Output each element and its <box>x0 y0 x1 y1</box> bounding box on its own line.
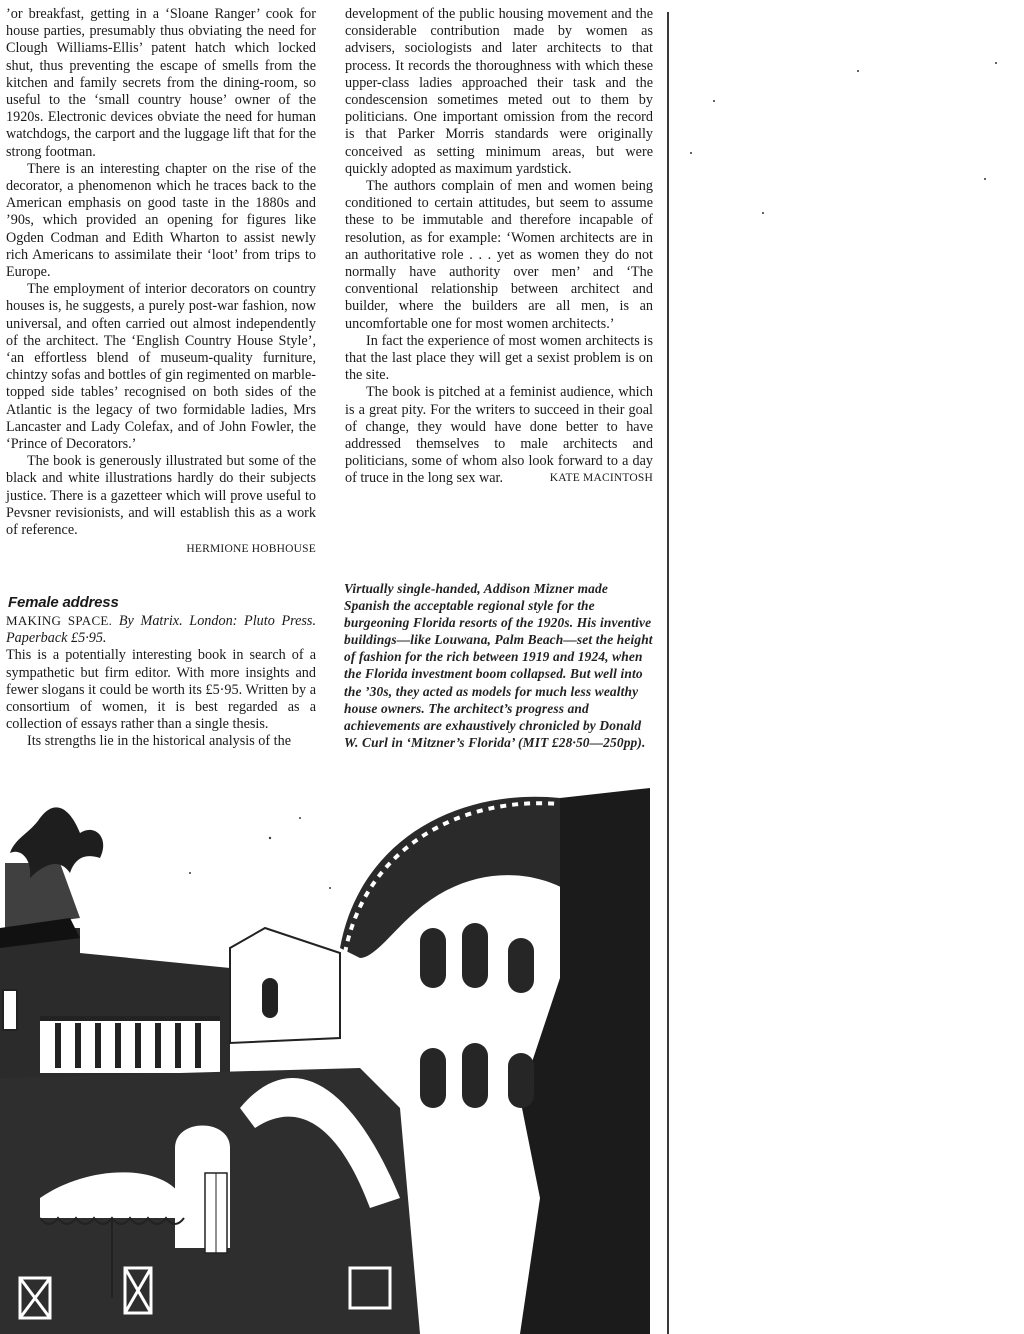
column-divider <box>667 12 669 1334</box>
review-paragraph: The book is pitched at a feminist audien… <box>345 384 653 487</box>
scan-speck <box>984 178 986 180</box>
photo-caption: Virtually single-handed, Addison Mizner … <box>344 580 656 751</box>
review-paragraph: Its strengths lie in the historical anal… <box>6 733 316 750</box>
review-paragraph: In fact the experience of most women arc… <box>345 333 653 385</box>
review-paragraph: The authors complain of men and women be… <box>345 178 653 333</box>
review-paragraph: The employment of interior decorators on… <box>6 281 316 453</box>
review-paragraph: This is a potentially interesting book i… <box>6 647 316 733</box>
book-title: MAKING SPACE. <box>6 613 112 628</box>
book-citation: MAKING SPACE. By Matrix. London: Pluto P… <box>6 612 316 647</box>
review-paragraph: ’or breakfast, getting in a ‘Sloane Rang… <box>6 6 316 161</box>
villa-photograph <box>0 778 650 1334</box>
scan-speck <box>762 212 764 214</box>
review-paragraph: There is an interesting chapter on the r… <box>6 161 316 281</box>
scan-speck <box>995 62 997 64</box>
review-macintosh-column: development of the public housing moveme… <box>345 6 653 488</box>
review-paragraph: The book is generously illustrated but s… <box>6 453 316 539</box>
byline-hermione-hobhouse: HERMIONE HOBHOUSE <box>6 541 316 558</box>
scan-speck <box>857 70 859 72</box>
newspaper-page: ’or breakfast, getting in a ‘Sloane Rang… <box>0 0 1024 1334</box>
section-heading-female-address: Female address <box>8 594 119 611</box>
review-making-space-start: MAKING SPACE. By Matrix. London: Pluto P… <box>6 612 316 751</box>
scan-speck <box>690 152 692 154</box>
scan-speck <box>713 100 715 102</box>
review-paragraph: development of the public housing moveme… <box>345 6 653 178</box>
villa-photo-icon <box>0 778 650 1334</box>
byline-kate-macintosh: KATE MACINTOSH <box>529 470 653 487</box>
review-hobhouse-column: ’or breakfast, getting in a ‘Sloane Rang… <box>6 6 316 559</box>
